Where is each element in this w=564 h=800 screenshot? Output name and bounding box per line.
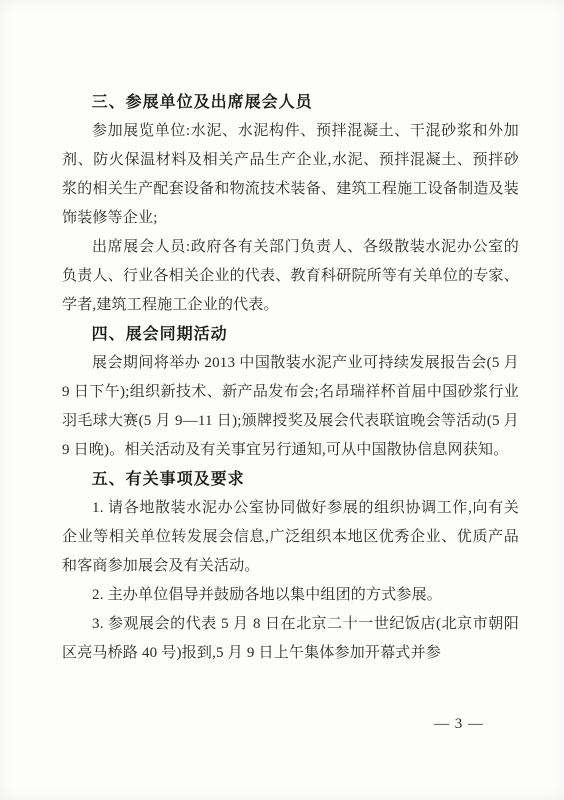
scanned-document-page: 三、参展单位及出席展会人员 参加展览单位:水泥、水泥构件、预拌混凝土、干混砂浆和… (0, 0, 564, 800)
paragraph-item-2: 2. 主办单位倡导并鼓励各地以集中组团的方式参展。 (62, 581, 519, 610)
document-text-block: 三、参展单位及出席展会人员 参加展览单位:水泥、水泥构件、预拌混凝土、干混砂浆和… (62, 88, 519, 668)
section-heading-4: 四、展会同期活动 (62, 320, 519, 349)
section-concurrent-activities: 四、展会同期活动 展会期间将举办 2013 中国散装水泥产业可持续发展报告会(5… (62, 320, 519, 465)
section-matters-requirements: 五、有关事项及要求 1. 请各地散装水泥办公室协同做好参展的组织协调工作,向有关… (62, 465, 519, 668)
section-exhibitors-attendees: 三、参展单位及出席展会人员 参加展览单位:水泥、水泥构件、预拌混凝土、干混砂浆和… (62, 88, 519, 320)
paragraph-attending-personnel: 出席展会人员:政府各有关部门负责人、各级散装水泥办公室的负责人、行业各相关企业的… (62, 233, 519, 320)
section-heading-5: 五、有关事项及要求 (62, 465, 519, 494)
paragraph-exhibiting-units: 参加展览单位:水泥、水泥构件、预拌混凝土、干混砂浆和外加剂、防火保温材料及相关产… (62, 117, 519, 233)
paragraph-item-1: 1. 请各地散装水泥办公室协同做好参展的组织协调工作,向有关企业等相关单位转发展… (62, 494, 519, 581)
section-heading-3: 三、参展单位及出席展会人员 (62, 88, 519, 117)
paragraph-item-3: 3. 参观展会的代表 5 月 8 日在北京二十一世纪饭店(北京市朝阳区亮马桥路 … (62, 610, 519, 668)
page-number: — 3 — (434, 710, 484, 739)
paragraph-concurrent-activities: 展会期间将举办 2013 中国散装水泥产业可持续发展报告会(5 月 9 日下午)… (62, 349, 519, 465)
